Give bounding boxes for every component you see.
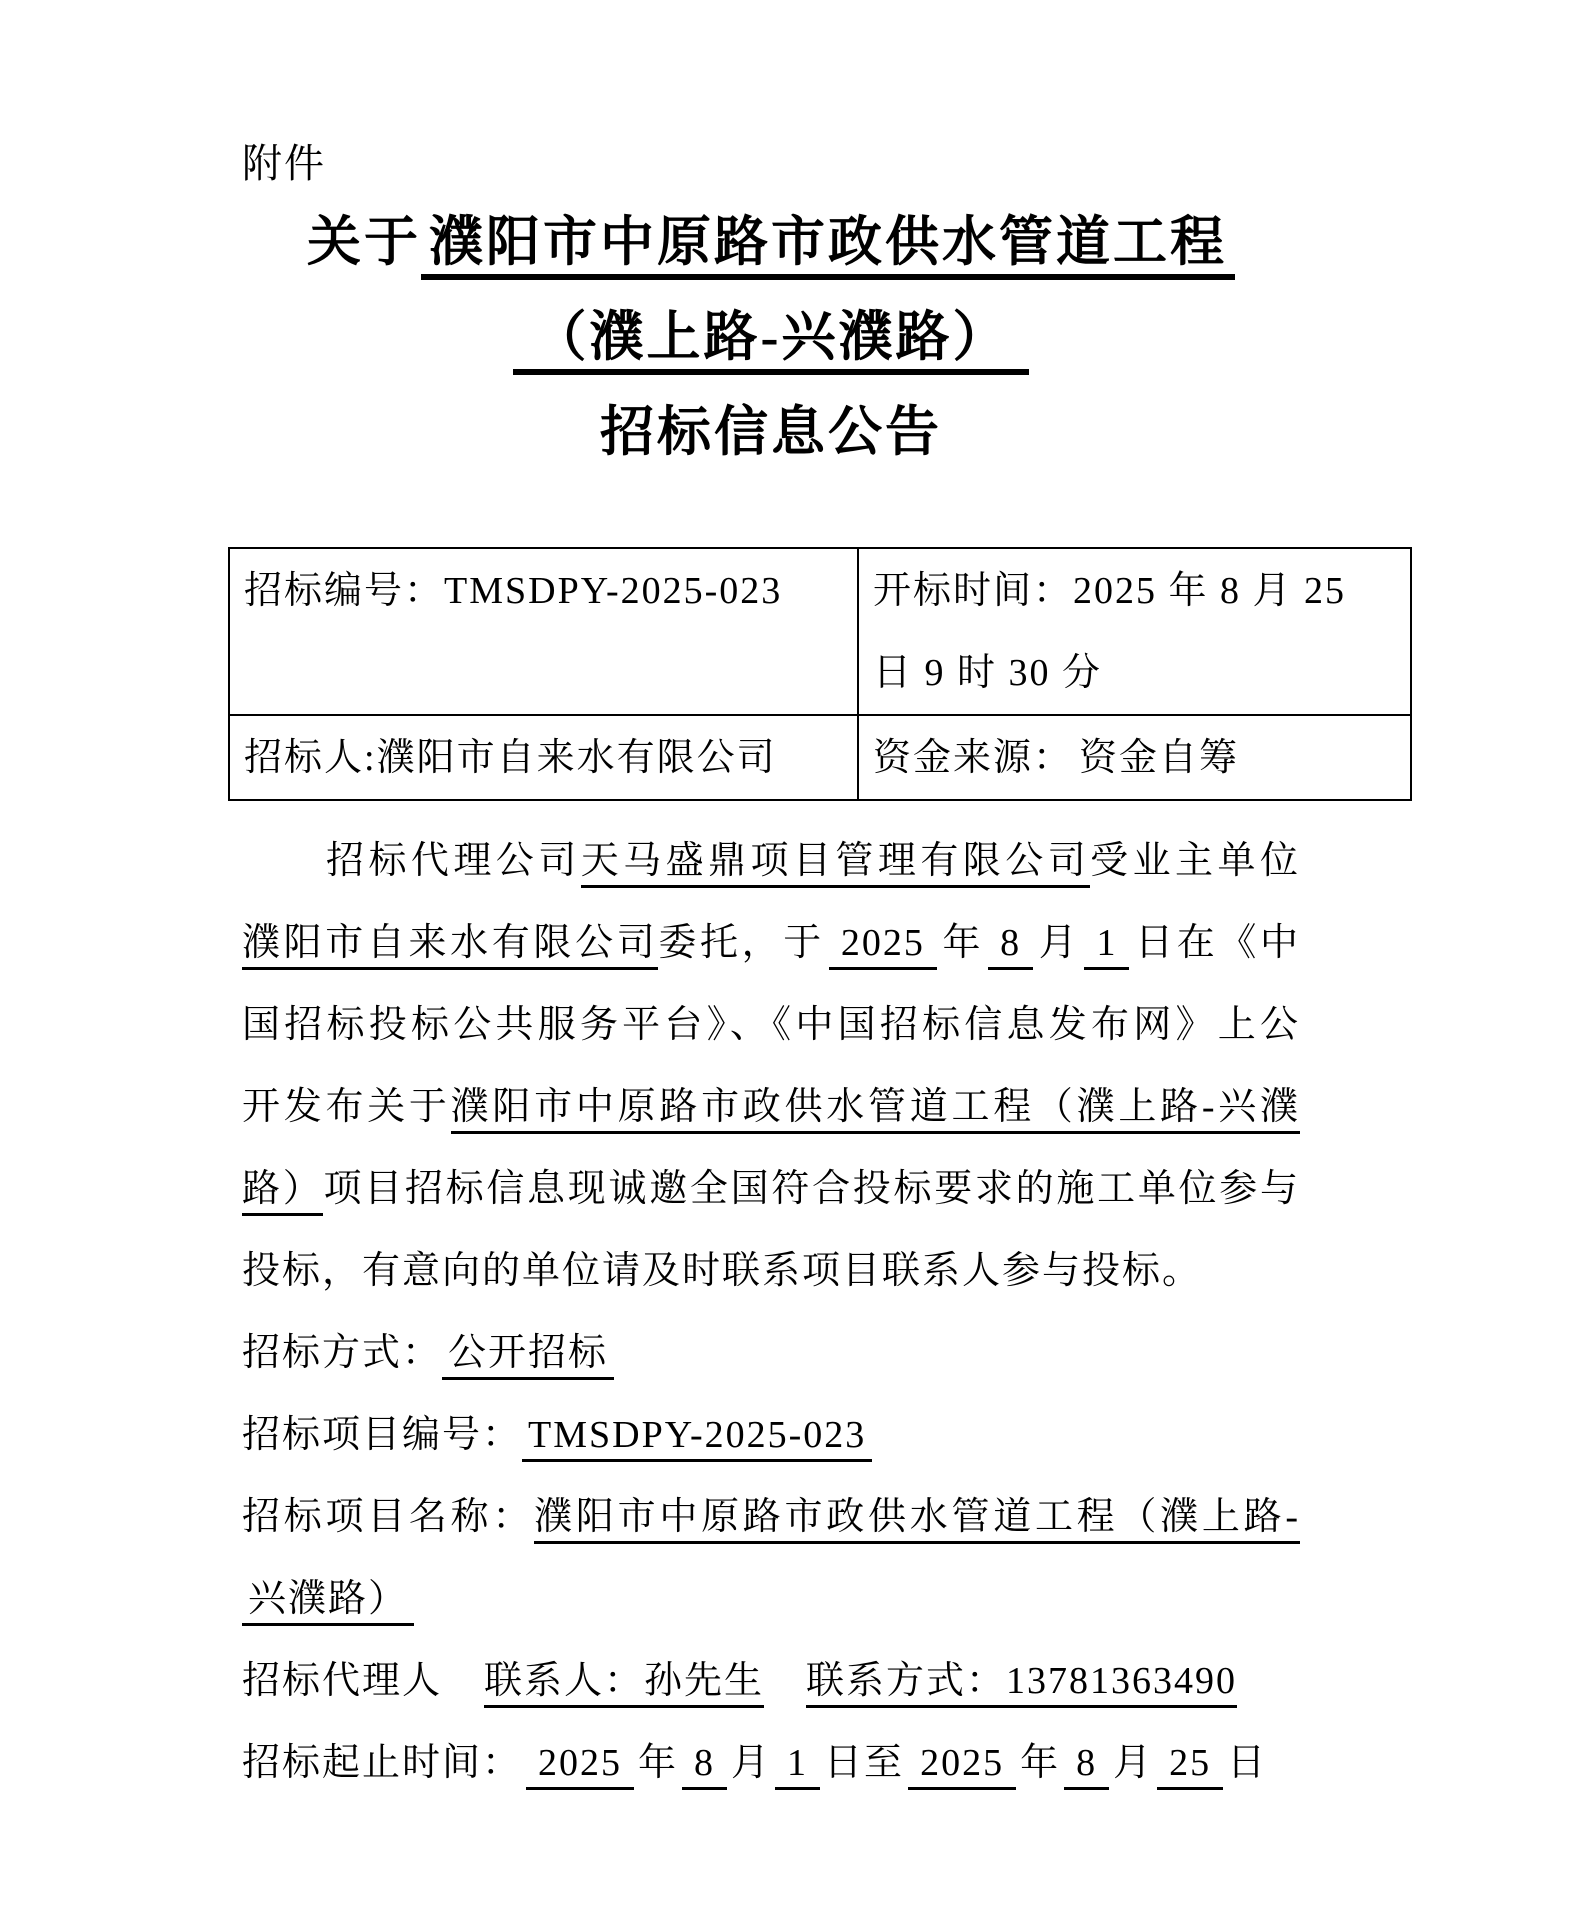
title-line1-underlined: 濮阳市中原路市政供水管道工程 [421, 212, 1235, 280]
agency-name-underlined: 天马盛鼎项目管理有限公司 [581, 840, 1090, 888]
document-content: 附件 关于濮阳市中原路市政供水管道工程 （濮上路-兴濮路） 招标信息公告 招标编… [0, 0, 1587, 1804]
cell-funding-source: 资金来源：资金自筹 [858, 715, 1411, 800]
tenderer-value: 濮阳市自来水有限公司 [377, 737, 777, 779]
attachment-label: 附件 [242, 140, 1300, 188]
project-name-value-part1: 濮阳市中原路市政供水管道工程（濮上路- [534, 1496, 1300, 1544]
title-line1-prefix: 关于 [307, 212, 421, 272]
tender-info-table: 招标编号：TMSDPY-2025-023 开标时间：2025 年 8 月 25 … [228, 547, 1412, 801]
title-line2-underlined: （濮上路-兴濮路） [513, 307, 1030, 375]
publish-day-underlined: 1 [1084, 922, 1129, 970]
period-label: 招标起止时间： [242, 1742, 522, 1784]
agent-contact-line: 招标代理人联系人：孙先生联系方式：13781363490 [242, 1640, 1300, 1722]
tenderer-line: 招标人:濮阳市自来水有限公司 [244, 717, 849, 799]
announcement-body: 招标代理公司天马盛鼎项目管理有限公司受业主单位 濮阳市自来水有限公司委托，于20… [242, 820, 1300, 1804]
intro-line-2: 濮阳市自来水有限公司委托，于2025年8月1日在《中 [242, 902, 1300, 984]
title-line-3: 招标信息公告 [242, 385, 1300, 480]
intro-invite-text: 项目招标信息现诚邀全国符合投标要求的施工单位参与 [323, 1168, 1300, 1210]
intro-entrust-text: 委托，于 [658, 922, 825, 964]
cell-tender-number: 招标编号：TMSDPY-2025-023 [229, 548, 858, 715]
intro-after-agency: 受业主单位 [1090, 840, 1300, 882]
publish-month-underlined: 8 [988, 922, 1033, 970]
tenderer-label: 招标人: [244, 737, 377, 779]
period-end-month: 8 [1064, 1742, 1109, 1790]
cell-tenderer: 招标人:濮阳市自来水有限公司 [229, 715, 858, 800]
project-name-line-1: 招标项目名称：濮阳市中原路市政供水管道工程（濮上路- [242, 1476, 1300, 1558]
period-start-year: 2025 [526, 1742, 634, 1790]
project-number-line: 招标项目编号：TMSDPY-2025-023 [242, 1394, 1300, 1476]
intro-agency-prefix: 招标代理公司 [326, 840, 581, 882]
period-year-unit-2: 年 [1020, 1742, 1060, 1784]
intro-line-6: 投标，有意向的单位请及时联系项目联系人参与投标。 [242, 1230, 1300, 1312]
period-month-unit-1: 月 [731, 1742, 771, 1784]
table-row-2: 招标人:濮阳市自来水有限公司 资金来源：资金自筹 [229, 715, 1411, 800]
funding-source-label: 资金来源： [873, 737, 1073, 779]
intro-line2-tail: 日在《中 [1133, 922, 1300, 964]
title-line-1: 关于濮阳市中原路市政供水管道工程 [242, 195, 1300, 290]
period-day-unit: 日 [1227, 1742, 1267, 1784]
period-end-year: 2025 [908, 1742, 1016, 1790]
contact-person-underlined: 联系人：孙先生 [484, 1660, 764, 1708]
intro-line-3: 国招标投标公共服务平台》、《中国招标信息发布网》上公 [242, 984, 1300, 1066]
intro-publish-text: 开发布关于 [242, 1086, 451, 1128]
project-number-value: TMSDPY-2025-023 [522, 1414, 872, 1462]
tender-method-line: 招标方式：公开招标 [242, 1312, 1300, 1394]
funding-source-value: 资金自筹 [1079, 737, 1239, 779]
bid-opening-line-2: 日 9 时 30 分 [873, 632, 1402, 714]
tender-method-label: 招标方式： [242, 1332, 442, 1374]
agent-label: 招标代理人 [242, 1660, 442, 1702]
project-name-line-2: 兴濮路） [242, 1558, 1300, 1640]
intro-line-1: 招标代理公司天马盛鼎项目管理有限公司受业主单位 [242, 820, 1300, 902]
period-start-month: 8 [682, 1742, 727, 1790]
owner-name-underlined: 濮阳市自来水有限公司 [242, 922, 658, 970]
table-row-1: 招标编号：TMSDPY-2025-023 开标时间：2025 年 8 月 25 … [229, 548, 1411, 715]
funding-source-line: 资金来源：资金自筹 [873, 717, 1402, 799]
period-end-day: 25 [1157, 1742, 1223, 1790]
tender-number-line: 招标编号：TMSDPY-2025-023 [244, 550, 849, 632]
publish-year-underlined: 2025 [829, 922, 937, 970]
cell-bid-opening-time: 开标时间：2025 年 8 月 25 日 9 时 30 分 [858, 548, 1411, 715]
contact-method-underlined: 联系方式：13781363490 [806, 1660, 1237, 1708]
document-title: 关于濮阳市中原路市政供水管道工程 （濮上路-兴濮路） 招标信息公告 [242, 195, 1300, 480]
period-year-unit-1: 年 [638, 1742, 678, 1784]
project-name-underlined-part2: 路） [242, 1168, 323, 1216]
document-page: 附件 关于濮阳市中原路市政供水管道工程 （濮上路-兴濮路） 招标信息公告 招标编… [0, 0, 1587, 1927]
bid-opening-line-1: 开标时间：2025 年 8 月 25 [873, 550, 1402, 632]
tender-number-label: 招标编号： [244, 570, 444, 612]
intro-line-5: 路）项目招标信息现诚邀全国符合投标要求的施工单位参与 [242, 1148, 1300, 1230]
month-unit: 月 [1037, 922, 1080, 964]
tender-period-line: 招标起止时间：2025年8月1日至2025年8月25日 [242, 1722, 1300, 1804]
period-to-text: 日至 [824, 1742, 904, 1784]
project-name-underlined-part1: 濮阳市中原路市政供水管道工程（濮上路-兴濮 [451, 1086, 1300, 1134]
period-start-day: 1 [775, 1742, 820, 1790]
project-number-label: 招标项目编号： [242, 1414, 522, 1456]
intro-line-4: 开发布关于濮阳市中原路市政供水管道工程（濮上路-兴濮 [242, 1066, 1300, 1148]
project-name-value-part2: 兴濮路） [242, 1578, 414, 1626]
tender-method-value: 公开招标 [442, 1332, 614, 1380]
title-line-2: （濮上路-兴濮路） [242, 290, 1300, 385]
period-month-unit-2: 月 [1113, 1742, 1153, 1784]
year-unit: 年 [941, 922, 984, 964]
tender-number-value: TMSDPY-2025-023 [444, 570, 782, 612]
project-name-label: 招标项目名称： [242, 1496, 534, 1538]
